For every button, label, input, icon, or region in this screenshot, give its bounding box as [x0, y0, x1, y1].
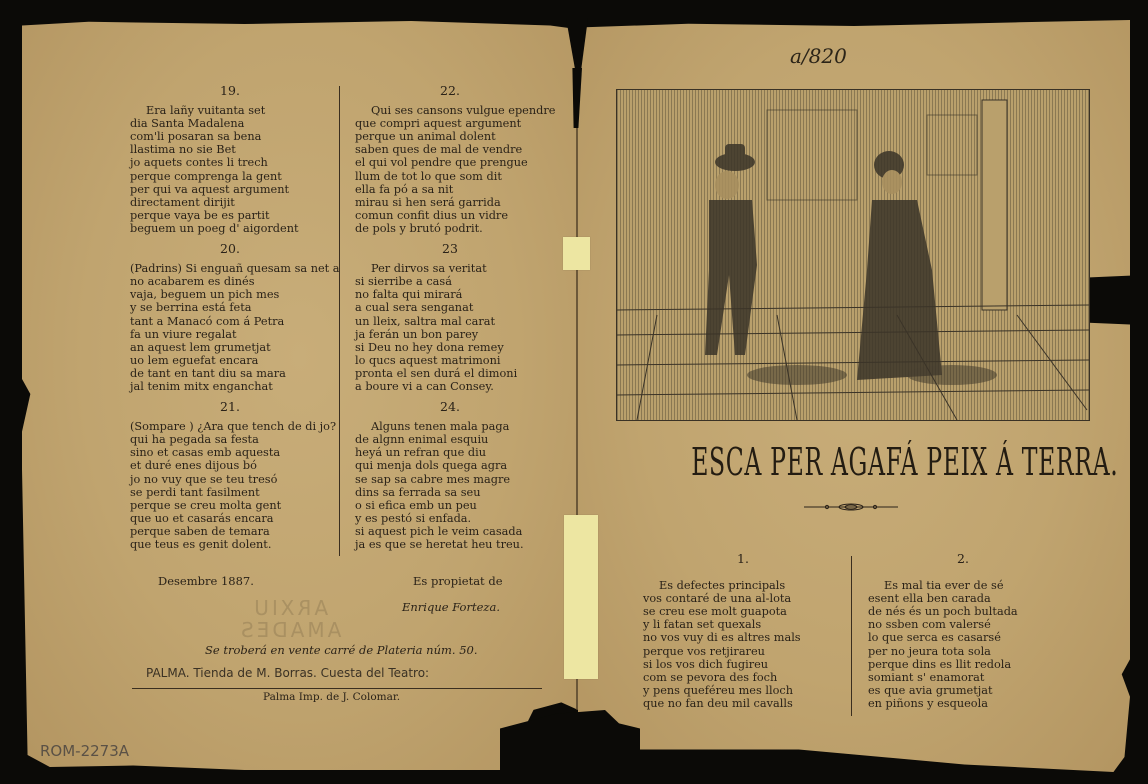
verse-line: (Padrins) Si enguañ quesam sa net a [130, 262, 330, 275]
right-page-left-column: 1. Es defectes principals vos contaré de… [643, 552, 843, 717]
verse-line: et duré enes dijous bó [130, 459, 330, 472]
stanza-21: 21. (Sompare ) ¿Ara que tench de di jo? … [130, 400, 330, 551]
verse-line: ja es que se heretat heu treu. [355, 538, 545, 551]
stanza-lines: Es mal tia ever de sé esent ella ben car… [868, 579, 1058, 710]
verse-line: se creu ese molt guapota [643, 605, 843, 618]
right-column-stanzas: 22. Qui ses cansons vulgue ependre que c… [355, 84, 545, 558]
verse-line: de pols y brutó podrit. [355, 222, 545, 235]
verse-line: a boure vi a can Consey. [355, 380, 545, 393]
ownership-label: Es propietat de [413, 574, 503, 588]
engraving-icon [617, 90, 1089, 420]
verse-line: per no jeura tota sola [868, 645, 1058, 658]
verse-line: tant a Manacó com á Petra [130, 315, 330, 328]
verse-line: somiant s' enamorat [868, 671, 1058, 684]
verse-line: perque un animal dolent [355, 130, 545, 143]
verse-line: perque saben de temara [130, 525, 330, 538]
verse-line: Es mal tia ever de sé [868, 579, 1058, 592]
verse-line: si aquest pich le veim casada [355, 525, 545, 538]
verse-line: vos contaré de una al-lota [643, 592, 843, 605]
stanza-20: 20. (Padrins) Si enguañ quesam sa net a … [130, 242, 330, 393]
verse-line: llum de tot lo que som dit [355, 170, 545, 183]
verse-line: si sierribe a casá [355, 275, 545, 288]
verse-line: Es defectes principals [643, 579, 843, 592]
verse-line: ja ferán un bon parey [355, 328, 545, 341]
verse-line: que uo et casarás encara [130, 512, 330, 525]
tape-strip [563, 237, 590, 270]
verse-line: vaja, beguem un pich mes [130, 288, 330, 301]
verse-line: si Deu no hey dona remey [355, 341, 545, 354]
verse-line: jo aquets contes li trech [130, 156, 330, 169]
stanza-24: 24. Alguns tenen mala paga de algnn enim… [355, 400, 545, 551]
verse-line: per qui va aquest argument [130, 183, 330, 196]
stanza-number: 1. [643, 552, 843, 565]
verse-line: o si efica emb un peu [355, 499, 545, 512]
verse-line: an aquest lem grumetjat [130, 341, 330, 354]
date-line: Desembre 1887. [158, 574, 254, 588]
stanza-number: 21. [130, 400, 330, 413]
verse-line: Per dirvos sa veritat [355, 262, 545, 275]
shop-stamp: PALMA. Tienda de M. Borras. Cuesta del T… [146, 666, 429, 680]
verse-line: dins sa ferrada sa seu [355, 486, 545, 499]
verse-line: com'li posaran sa bena [130, 130, 330, 143]
stanza-lines: (Sompare ) ¿Ara que tench de di jo? qui … [130, 420, 330, 551]
printer-line: Palma Imp. de J. Colomar. [263, 691, 400, 703]
verse-line: a cual sera senganat [355, 301, 545, 314]
stanza-number: 24. [355, 400, 545, 413]
verse-line: que no fan deu mil cavalls [643, 697, 843, 710]
verse-line: que compri aquest argument [355, 117, 545, 130]
owner-name: Enrique Forteza. [402, 600, 500, 614]
verse-line: no falta qui mirará [355, 288, 545, 301]
verse-line: de nés és un poch bultada [868, 605, 1058, 618]
right-page-right-column: 2. Es mal tia ever de sé esent ella ben … [868, 552, 1058, 717]
sale-notice: Se troberá en vente carré de Plateria nú… [205, 643, 478, 657]
verse-line: perque comprenga la gent [130, 170, 330, 183]
stanza-number: 2. [868, 552, 1058, 565]
verse-line: Alguns tenen mala paga [355, 420, 545, 433]
verse-line: llastima no sie Bet [130, 143, 330, 156]
verse-line: se sap sa cabre mes magre [355, 473, 545, 486]
verse-line: perque se creu molta gent [130, 499, 330, 512]
verse-line: jo no vuy que se teu tresó [130, 473, 330, 486]
stanza-23: 23 Per dirvos sa veritat si sierribe a c… [355, 242, 545, 393]
footer-rule [132, 688, 542, 689]
verse-line: (Sompare ) ¿Ara que tench de di jo? [130, 420, 330, 433]
verse-line: ella fa pó a sa nit [355, 183, 545, 196]
verse-line: y es pestó si enfada. [355, 512, 545, 525]
stanza-lines: Alguns tenen mala paga de algnn enimal e… [355, 420, 545, 551]
verse-line: uo lem eguefat encara [130, 354, 330, 367]
stanza-lines: (Padrins) Si enguañ quesam sa net a no a… [130, 262, 330, 393]
verse-line: un lleix, saltra mal carat [355, 315, 545, 328]
verse-line: beguem un poeg d' aigordent [130, 222, 330, 235]
column-divider [339, 86, 340, 556]
verse-line: perque dins es llit redola [868, 658, 1058, 671]
verse-line: y se berrina está feta [130, 301, 330, 314]
stamp-line: ARXIU [238, 597, 341, 619]
stanza-lines: Qui ses cansons vulgue ependre que compr… [355, 104, 545, 235]
verse-line: esent ella ben carada [868, 592, 1058, 605]
verse-line: perque vaya be es partit [130, 209, 330, 222]
verse-line: en piñons y esqueola [868, 697, 1058, 710]
verse-line: jal tenim mitx enganchat [130, 380, 330, 393]
verse-line: lo qucs aquest matrimoni [355, 354, 545, 367]
stanza-lines: Per dirvos sa veritat si sierribe a casá… [355, 262, 545, 393]
verse-line: saben ques de mal de vendre [355, 143, 545, 156]
stanza-22: 22. Qui ses cansons vulgue ependre que c… [355, 84, 545, 235]
verse-line: directament dirijit [130, 196, 330, 209]
verse-line: que teus es genit dolent. [130, 538, 330, 551]
stanza-number: 19. [130, 84, 330, 97]
verse-line: Qui ses cansons vulgue ependre [355, 104, 545, 117]
verse-line: heyá un refran que diu [355, 446, 545, 459]
verse-line: Era lañy vuitanta set [130, 104, 330, 117]
stamp-line: AMADES [238, 619, 341, 641]
verse-line: de tant en tant diu sa mara [130, 367, 330, 380]
verse-line: si los vos dich fugireu [643, 658, 843, 671]
stanza-number: 23 [355, 242, 545, 255]
verse-line: fa un viure regalat [130, 328, 330, 341]
verse-line: mirau si hen será garrida [355, 196, 545, 209]
stanza-2: 2. Es mal tia ever de sé esent ella ben … [868, 552, 1058, 710]
stanza-1: 1. Es defectes principals vos contaré de… [643, 552, 843, 710]
verse-line: qui menja dols quega agra [355, 459, 545, 472]
verse-line: comun confit dius un vidre [355, 209, 545, 222]
column-divider [851, 556, 852, 716]
left-column-stanzas: 19. Era lañy vuitanta set dia Santa Mada… [130, 84, 330, 558]
verse-line: lo que serca es casarsé [868, 631, 1058, 644]
verse-line: sino et casas emb aquesta [130, 446, 330, 459]
verse-line: se perdi tant fasilment [130, 486, 330, 499]
pencil-catalog-mark: ROM-2273A [40, 742, 129, 760]
decorative-divider-icon [804, 503, 898, 511]
verse-line: y li fatan set quexals [643, 618, 843, 631]
verse-line: y pens queféreu mes lloch [643, 684, 843, 697]
verse-line: no ssben com valersé [868, 618, 1058, 631]
verse-line: de algnn enimal esquiu [355, 433, 545, 446]
verse-line: no vos vuy di es altres mals [643, 631, 843, 644]
verse-line: dia Santa Madalena [130, 117, 330, 130]
stanza-number: 22. [355, 84, 545, 97]
verse-line: qui ha pegada sa festa [130, 433, 330, 446]
stanza-lines: Es defectes principals vos contaré de un… [643, 579, 843, 710]
catalog-number: a/820 [790, 44, 847, 68]
verse-line: pronta el sen durá el dimoni [355, 367, 545, 380]
verse-line: perque vos retjirareu [643, 645, 843, 658]
stanza-19: 19. Era lañy vuitanta set dia Santa Mada… [130, 84, 330, 235]
tape-strip [564, 515, 598, 679]
stanza-number: 20. [130, 242, 330, 255]
verse-line: el qui vol pendre que prengue [355, 156, 545, 169]
verse-line: no acabarem es dinés [130, 275, 330, 288]
stanza-lines: Era lañy vuitanta set dia Santa Madalena… [130, 104, 330, 235]
verse-line: es que avia grumetjat [868, 684, 1058, 697]
library-stamp: ARXIU AMADES [238, 597, 341, 641]
verse-line: com se pevora des foch [643, 671, 843, 684]
engraving-man-and-woman-street-scene-icon [616, 89, 1090, 421]
document-title: ESCA PER AGAFÁ PEIX Á TERRA. [691, 440, 989, 484]
